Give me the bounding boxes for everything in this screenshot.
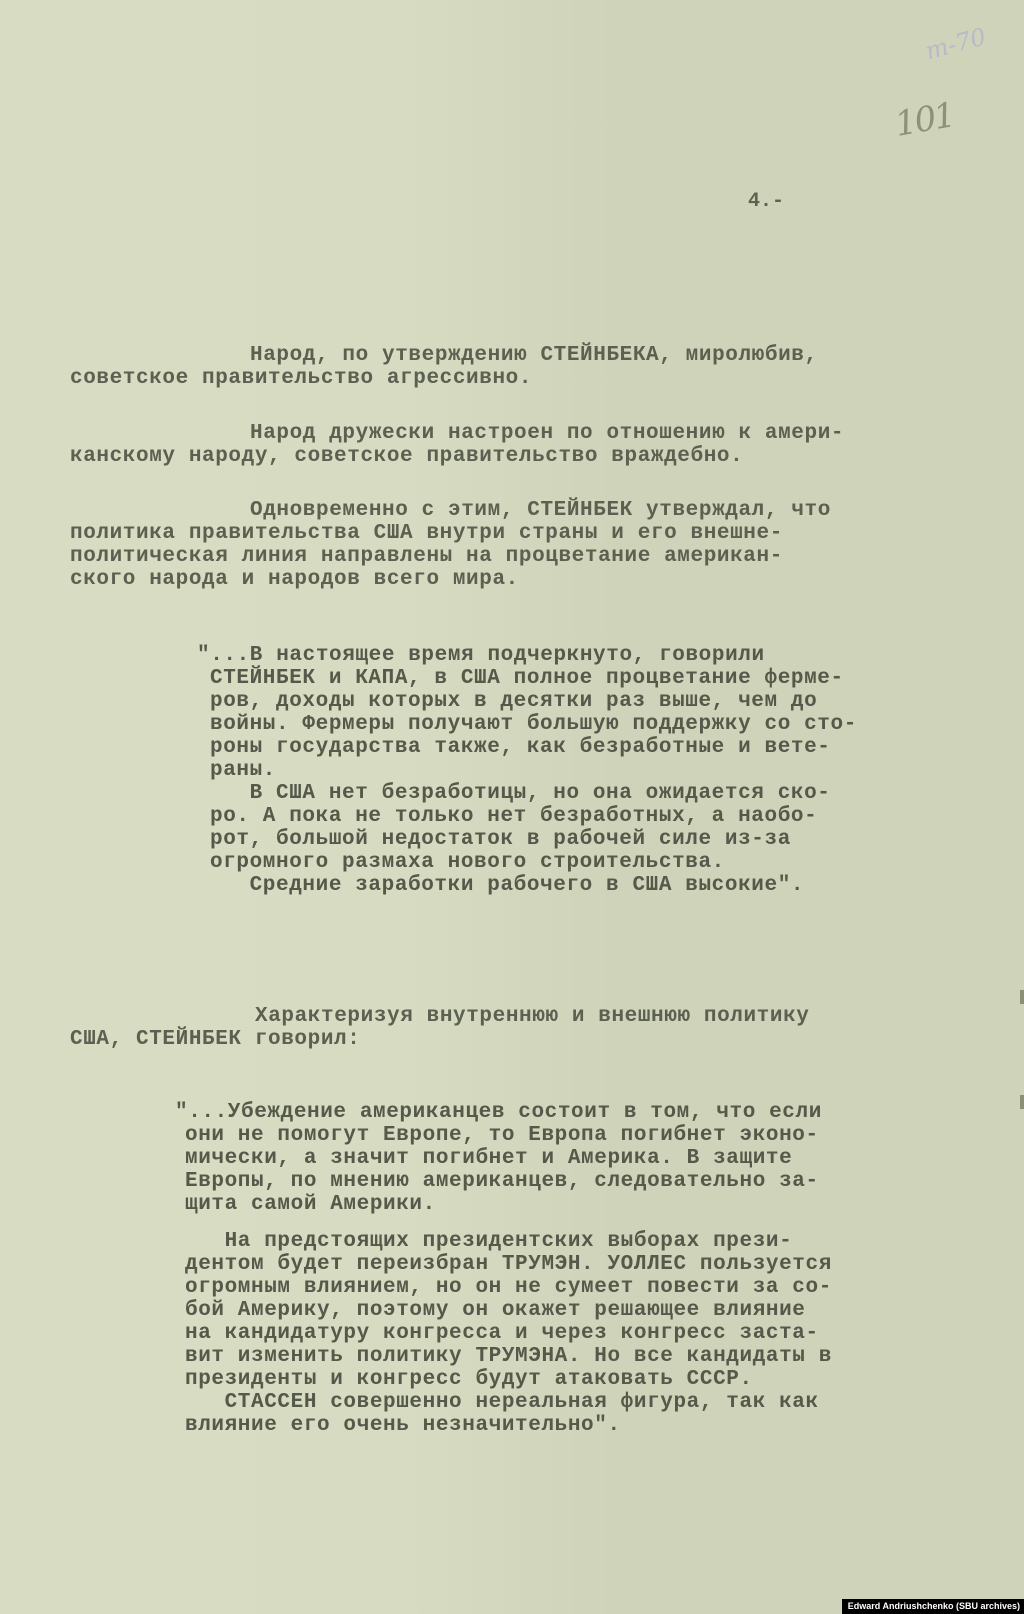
quote-line: раны. <box>210 760 276 782</box>
quote-line: огромным влиянием, но он не сумеет повес… <box>185 1277 832 1299</box>
text-line: Народ дружески настроен по отношению к а… <box>250 423 844 445</box>
quote-line: дентом будет переизбран ТРУМЭН. УОЛЛЕС п… <box>185 1254 832 1276</box>
quote-line: войны. Фермеры получают большую поддержк… <box>210 714 857 736</box>
quote-line: ро. А пока не только нет безработных, а … <box>210 806 817 828</box>
photo-credit: Edward Andriushchenko (SBU archives) <box>842 1599 1024 1614</box>
quote-line: В США нет безработицы, но она ожидается … <box>210 783 831 805</box>
quote-line: СТЕЙНБЕК и КАПА, в США полное процветани… <box>210 668 844 690</box>
text-line: канскому народу, советское правительство… <box>70 446 743 468</box>
quote-line: мически, а значит погибнет и Америка. В … <box>185 1148 792 1170</box>
quote-line: Европы, по мнению американцев, следовате… <box>185 1171 819 1193</box>
text-line: Характеризуя внутреннюю и внешнюю полити… <box>255 1006 810 1028</box>
quote-line: роны государства также, как безработные … <box>210 737 831 759</box>
quote-line: Средние заработки рабочего в США высокие… <box>210 875 804 897</box>
text-line: США, СТЕЙНБЕК говорил: <box>70 1029 360 1051</box>
quote-line: рот, большой недостаток в рабочей силе и… <box>210 829 791 851</box>
quote-line: На предстоящих президентских выборах пре… <box>185 1231 792 1253</box>
quote-line: "...Убеждение американцев состоит в том,… <box>175 1102 822 1124</box>
text-line: советское правительство агрессивно. <box>70 368 532 390</box>
page-edge-mark <box>1020 990 1024 1004</box>
text-line: политика правительства США внутри страны… <box>70 523 783 545</box>
quote-line: бой Америку, поэтому он окажет решающее … <box>185 1300 806 1322</box>
page-edge-mark <box>1020 1095 1024 1109</box>
quote-line: они не помогут Европе, то Европа погибне… <box>185 1125 819 1147</box>
page-number: 4.- <box>748 190 784 213</box>
text-line: ского народа и народов всего мира. <box>70 569 519 591</box>
handwritten-mark-top: т-70 <box>922 23 989 66</box>
quote-line: вит изменить политику ТРУМЭНА. Но все ка… <box>185 1346 832 1368</box>
text-line: Народ, по утверждению СТЕЙНБЕКА, миролюб… <box>250 345 818 367</box>
quote-line: влияние его очень незначительно". <box>185 1415 621 1437</box>
quote-line: ров, доходы которых в десятки раз выше, … <box>210 691 817 713</box>
text-line: политическая линия направлены на процвет… <box>70 546 783 568</box>
handwritten-folio-number: 101 <box>892 95 957 145</box>
quote-line: "...В настоящее время подчеркнуто, говор… <box>197 645 765 667</box>
archival-document-page: т-70 101 4.- Народ, по утверждению СТЕЙН… <box>0 0 1024 1614</box>
quote-line: президенты и конгресс будут атаковать СС… <box>185 1369 753 1391</box>
quote-line: СТАССЕН совершенно нереальная фигура, та… <box>185 1392 819 1414</box>
quote-line: огромного размаха нового строительства. <box>210 852 725 874</box>
text-line: Одновременно с этим, СТЕЙНБЕК утверждал,… <box>250 500 831 522</box>
quote-line: щита самой Америки. <box>185 1194 436 1216</box>
quote-line: на кандидатуру конгресса и через конгрес… <box>185 1323 819 1345</box>
